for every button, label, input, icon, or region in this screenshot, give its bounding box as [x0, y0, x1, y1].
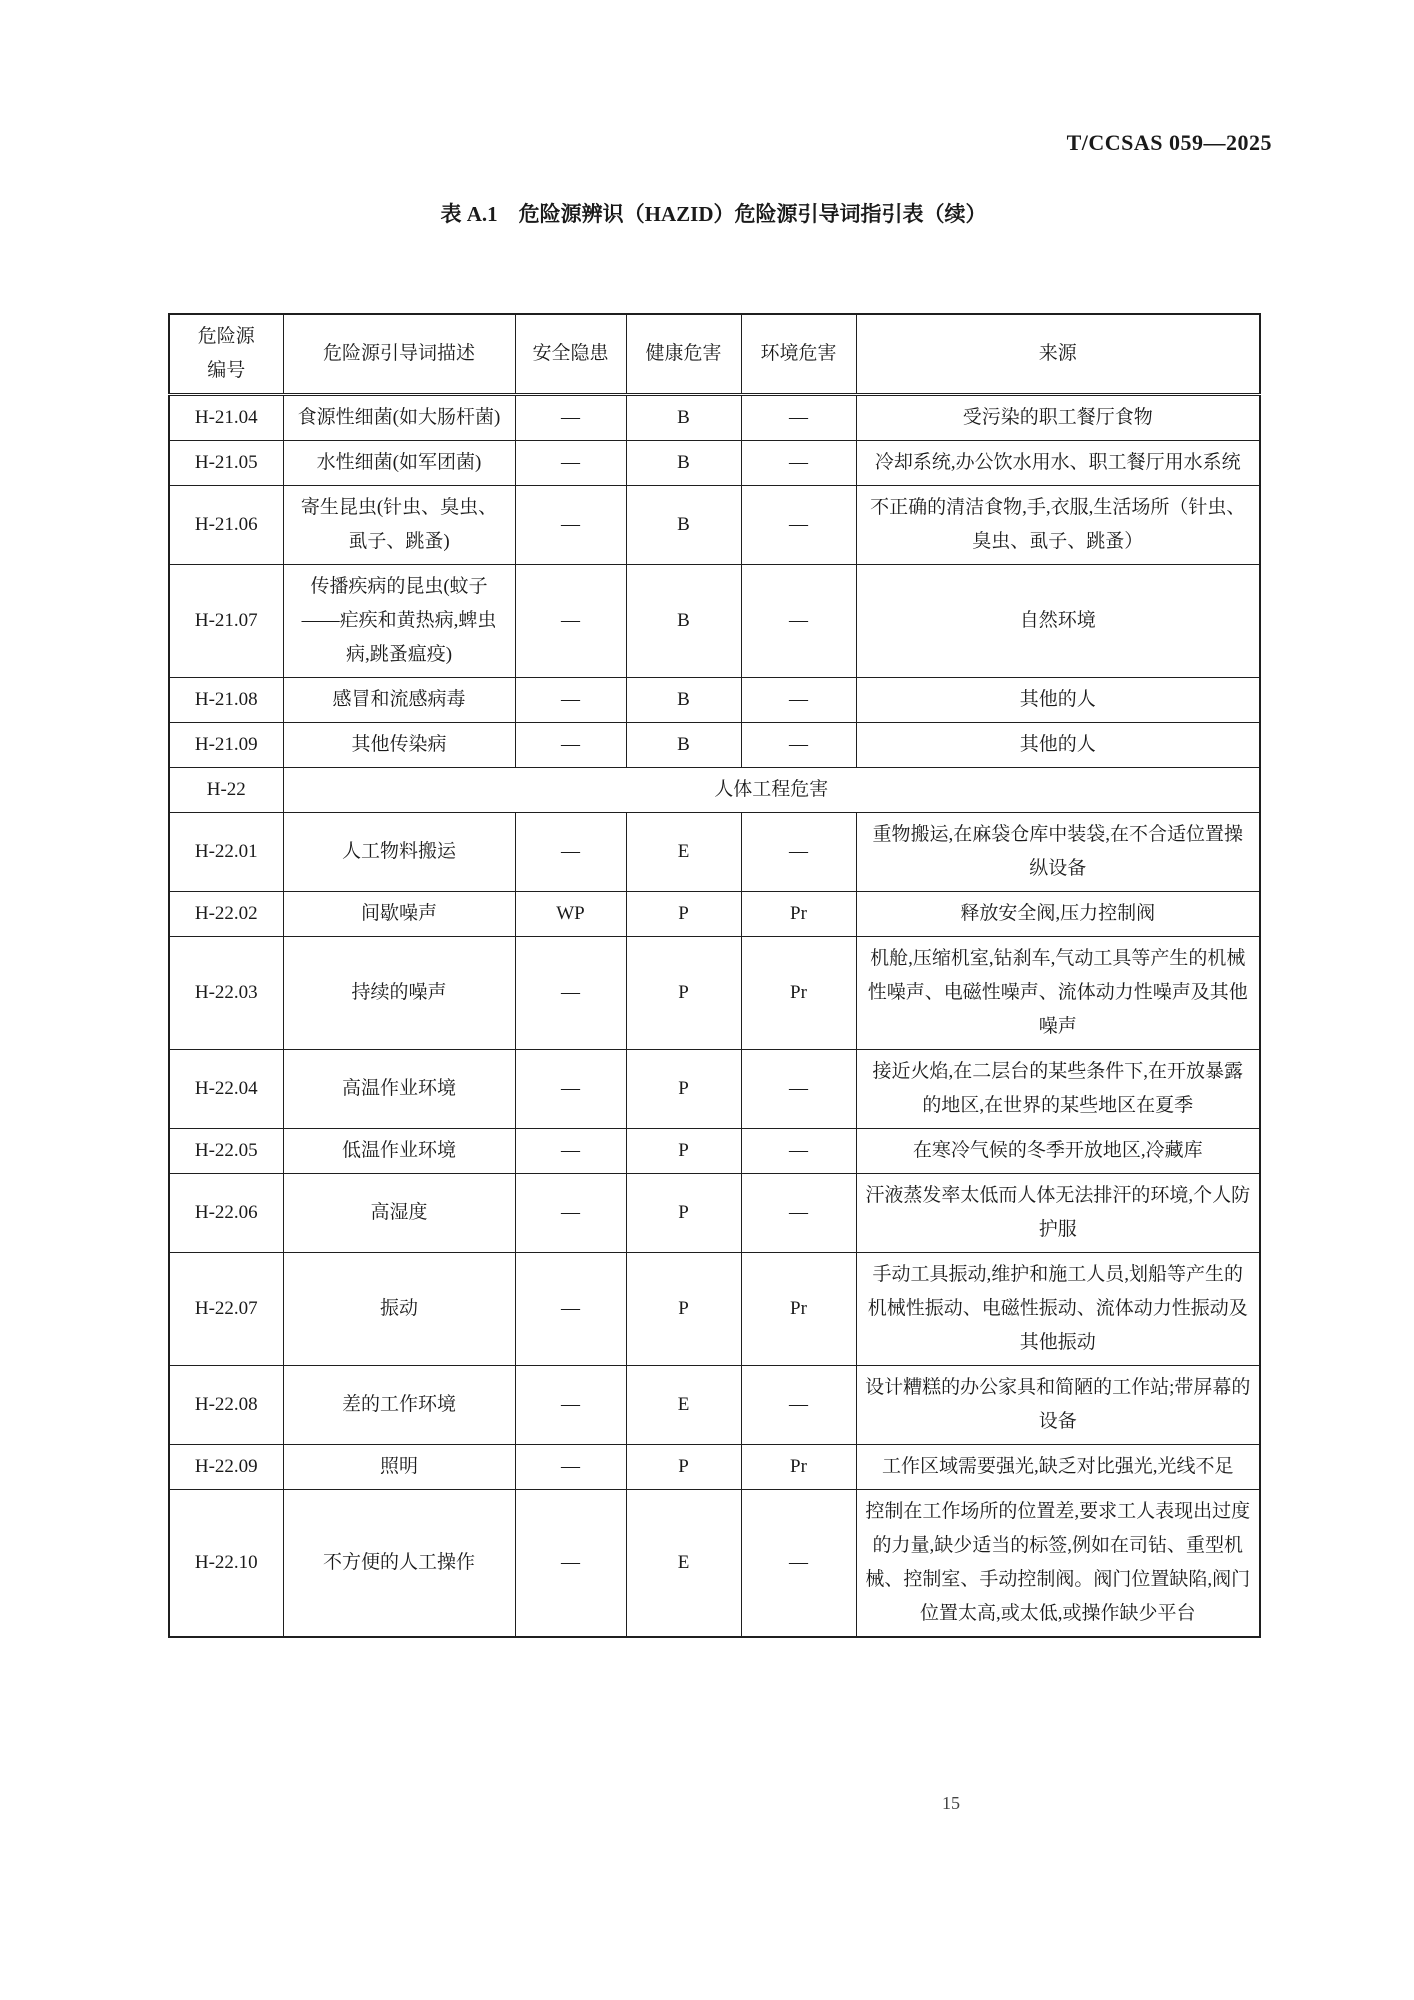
cell-id: H-22.07	[169, 1253, 283, 1366]
cell-safety: —	[515, 723, 626, 768]
cell-id: H-22.05	[169, 1129, 283, 1174]
cell-source: 在寒冷气候的冬季开放地区,冷藏库	[856, 1129, 1260, 1174]
cell-env: —	[741, 1050, 856, 1129]
page-number: 15	[942, 1793, 960, 1814]
cell-source: 工作区域需要强光,缺乏对比强光,光线不足	[856, 1445, 1260, 1490]
cell-health: B	[626, 565, 741, 678]
cell-health: E	[626, 1366, 741, 1445]
table-row: H-22.01人工物料搬运—E—重物搬运,在麻袋仓库中装袋,在不合适位置操纵设备	[169, 813, 1260, 892]
cell-desc: 高湿度	[283, 1174, 515, 1253]
cell-source: 机舱,压缩机室,钻刹车,气动工具等产生的机械性噪声、电磁性噪声、流体动力性噪声及…	[856, 937, 1260, 1050]
cell-health: E	[626, 813, 741, 892]
col-header-id: 危险源 编号	[169, 314, 283, 395]
cell-safety: —	[515, 1129, 626, 1174]
table-row: H-21.06寄生昆虫(针虫、臭虫、虱子、跳蚤)—B—不正确的清洁食物,手,衣服…	[169, 486, 1260, 565]
cell-desc: 水性细菌(如军团菌)	[283, 441, 515, 486]
cell-health: P	[626, 1050, 741, 1129]
cell-source: 控制在工作场所的位置差,要求工人表现出过度的力量,缺少适当的标签,例如在司钻、重…	[856, 1490, 1260, 1638]
cell-desc: 照明	[283, 1445, 515, 1490]
table-row: H-21.07传播疾病的昆虫(蚊子——疟疾和黄热病,蜱虫病,跳蚤瘟疫)—B—自然…	[169, 565, 1260, 678]
cell-desc: 人工物料搬运	[283, 813, 515, 892]
cell-id: H-22.03	[169, 937, 283, 1050]
header-row: 危险源 编号 危险源引导词描述 安全隐患 健康危害 环境危害 来源	[169, 314, 1260, 395]
cell-source: 不正确的清洁食物,手,衣服,生活场所（针虫、臭虫、虱子、跳蚤）	[856, 486, 1260, 565]
cell-env: —	[741, 1490, 856, 1638]
cell-source: 重物搬运,在麻袋仓库中装袋,在不合适位置操纵设备	[856, 813, 1260, 892]
cell-desc: 持续的噪声	[283, 937, 515, 1050]
cell-health: E	[626, 1490, 741, 1638]
cell-env: —	[741, 678, 856, 723]
cell-safety: —	[515, 1445, 626, 1490]
table-header: 危险源 编号 危险源引导词描述 安全隐患 健康危害 环境危害 来源	[169, 314, 1260, 395]
cell-env: Pr	[741, 937, 856, 1050]
cell-safety: —	[515, 813, 626, 892]
cell-safety: —	[515, 1253, 626, 1366]
cell-env: Pr	[741, 1253, 856, 1366]
cell-env: —	[741, 1174, 856, 1253]
cell-safety: —	[515, 395, 626, 441]
doc-code: T/CCSAS 059—2025	[1067, 130, 1272, 156]
table-row: H-22.05低温作业环境—P—在寒冷气候的冬季开放地区,冷藏库	[169, 1129, 1260, 1174]
cell-id: H-22.10	[169, 1490, 283, 1638]
table-row: H-22.02间歇噪声WPPPr释放安全阀,压力控制阀	[169, 892, 1260, 937]
table-row: H-21.09其他传染病—B—其他的人	[169, 723, 1260, 768]
cell-id: H-22.09	[169, 1445, 283, 1490]
table-row: H-21.04食源性细菌(如大肠杆菌)—B—受污染的职工餐厅食物	[169, 395, 1260, 441]
cell-desc: 差的工作环境	[283, 1366, 515, 1445]
cell-source: 受污染的职工餐厅食物	[856, 395, 1260, 441]
cell-env: —	[741, 486, 856, 565]
cell-safety: —	[515, 1490, 626, 1638]
cell-desc: 不方便的人工操作	[283, 1490, 515, 1638]
cell-id: H-22.01	[169, 813, 283, 892]
col-header-safety: 安全隐患	[515, 314, 626, 395]
cell-env: —	[741, 441, 856, 486]
cell-desc: 低温作业环境	[283, 1129, 515, 1174]
cell-source: 接近火焰,在二层台的某些条件下,在开放暴露的地区,在世界的某些地区在夏季	[856, 1050, 1260, 1129]
cell-id: H-22.06	[169, 1174, 283, 1253]
cell-health: P	[626, 937, 741, 1050]
table-row: H-22.04高温作业环境—P—接近火焰,在二层台的某些条件下,在开放暴露的地区…	[169, 1050, 1260, 1129]
cell-source: 汗液蒸发率太低而人体无法排汗的环境,个人防护服	[856, 1174, 1260, 1253]
cell-source: 其他的人	[856, 723, 1260, 768]
cell-env: Pr	[741, 1445, 856, 1490]
cell-health: B	[626, 678, 741, 723]
cell-source: 冷却系统,办公饮水用水、职工餐厅用水系统	[856, 441, 1260, 486]
col-header-health: 健康危害	[626, 314, 741, 395]
cell-safety: WP	[515, 892, 626, 937]
cell-id: H-21.09	[169, 723, 283, 768]
cell-id: H-22.04	[169, 1050, 283, 1129]
cell-env: —	[741, 1366, 856, 1445]
cell-desc: 其他传染病	[283, 723, 515, 768]
table-row: H-22.03持续的噪声—PPr机舱,压缩机室,钻刹车,气动工具等产生的机械性噪…	[169, 937, 1260, 1050]
cell-health: P	[626, 1129, 741, 1174]
cell-desc: 食源性细菌(如大肠杆菌)	[283, 395, 515, 441]
cell-safety: —	[515, 486, 626, 565]
cell-id: H-21.06	[169, 486, 283, 565]
cell-env: Pr	[741, 892, 856, 937]
cell-source: 手动工具振动,维护和施工人员,划船等产生的机械性振动、电磁性振动、流体动力性振动…	[856, 1253, 1260, 1366]
cell-desc: 间歇噪声	[283, 892, 515, 937]
cell-desc: 高温作业环境	[283, 1050, 515, 1129]
table-row: H-22.09照明—PPr工作区域需要强光,缺乏对比强光,光线不足	[169, 1445, 1260, 1490]
cell-health: P	[626, 1174, 741, 1253]
cell-health: P	[626, 892, 741, 937]
cell-source: 其他的人	[856, 678, 1260, 723]
cell-id: H-22	[169, 768, 283, 813]
cell-desc: 感冒和流感病毒	[283, 678, 515, 723]
table-row: H-22.06高湿度—P—汗液蒸发率太低而人体无法排汗的环境,个人防护服	[169, 1174, 1260, 1253]
cell-id: H-21.08	[169, 678, 283, 723]
cell-env: —	[741, 723, 856, 768]
col-header-source: 来源	[856, 314, 1260, 395]
cell-health: P	[626, 1253, 741, 1366]
cell-id: H-21.05	[169, 441, 283, 486]
cell-safety: —	[515, 678, 626, 723]
table-row: H-21.05水性细菌(如军团菌)—B—冷却系统,办公饮水用水、职工餐厅用水系统	[169, 441, 1260, 486]
cell-health: P	[626, 1445, 741, 1490]
cell-safety: —	[515, 1174, 626, 1253]
cell-safety: —	[515, 1366, 626, 1445]
section-row: H-22人体工程危害	[169, 768, 1260, 813]
table-title: 表 A.1 危险源辨识（HAZID）危险源引导词指引表（续）	[168, 198, 1259, 228]
cell-safety: —	[515, 565, 626, 678]
cell-source: 释放安全阀,压力控制阀	[856, 892, 1260, 937]
cell-env: —	[741, 813, 856, 892]
cell-section: 人体工程危害	[283, 768, 1260, 813]
cell-safety: —	[515, 1050, 626, 1129]
hazid-table-body: H-21.04食源性细菌(如大肠杆菌)—B—受污染的职工餐厅食物H-21.05水…	[169, 395, 1260, 1638]
table-row: H-22.07振动—PPr手动工具振动,维护和施工人员,划船等产生的机械性振动、…	[169, 1253, 1260, 1366]
table-row: H-22.10不方便的人工操作—E—控制在工作场所的位置差,要求工人表现出过度的…	[169, 1490, 1260, 1638]
cell-id: H-21.07	[169, 565, 283, 678]
cell-health: B	[626, 723, 741, 768]
cell-health: B	[626, 395, 741, 441]
document-page: T/CCSAS 059—2025 表 A.1 危险源辨识（HAZID）危险源引导…	[0, 0, 1414, 2000]
cell-source: 自然环境	[856, 565, 1260, 678]
hazid-table: 危险源 编号 危险源引导词描述 安全隐患 健康危害 环境危害 来源 H-21.0…	[168, 313, 1261, 1638]
cell-env: —	[741, 395, 856, 441]
cell-desc: 振动	[283, 1253, 515, 1366]
table-row: H-21.08感冒和流感病毒—B—其他的人	[169, 678, 1260, 723]
cell-safety: —	[515, 441, 626, 486]
cell-id: H-21.04	[169, 395, 283, 441]
cell-desc: 传播疾病的昆虫(蚊子——疟疾和黄热病,蜱虫病,跳蚤瘟疫)	[283, 565, 515, 678]
table-row: H-22.08差的工作环境—E—设计糟糕的办公家具和简陋的工作站;带屏幕的设备	[169, 1366, 1260, 1445]
cell-id: H-22.08	[169, 1366, 283, 1445]
cell-env: —	[741, 1129, 856, 1174]
cell-id: H-22.02	[169, 892, 283, 937]
cell-health: B	[626, 486, 741, 565]
col-header-desc: 危险源引导词描述	[283, 314, 515, 395]
cell-safety: —	[515, 937, 626, 1050]
cell-health: B	[626, 441, 741, 486]
cell-env: —	[741, 565, 856, 678]
cell-desc: 寄生昆虫(针虫、臭虫、虱子、跳蚤)	[283, 486, 515, 565]
cell-source: 设计糟糕的办公家具和简陋的工作站;带屏幕的设备	[856, 1366, 1260, 1445]
col-header-env: 环境危害	[741, 314, 856, 395]
